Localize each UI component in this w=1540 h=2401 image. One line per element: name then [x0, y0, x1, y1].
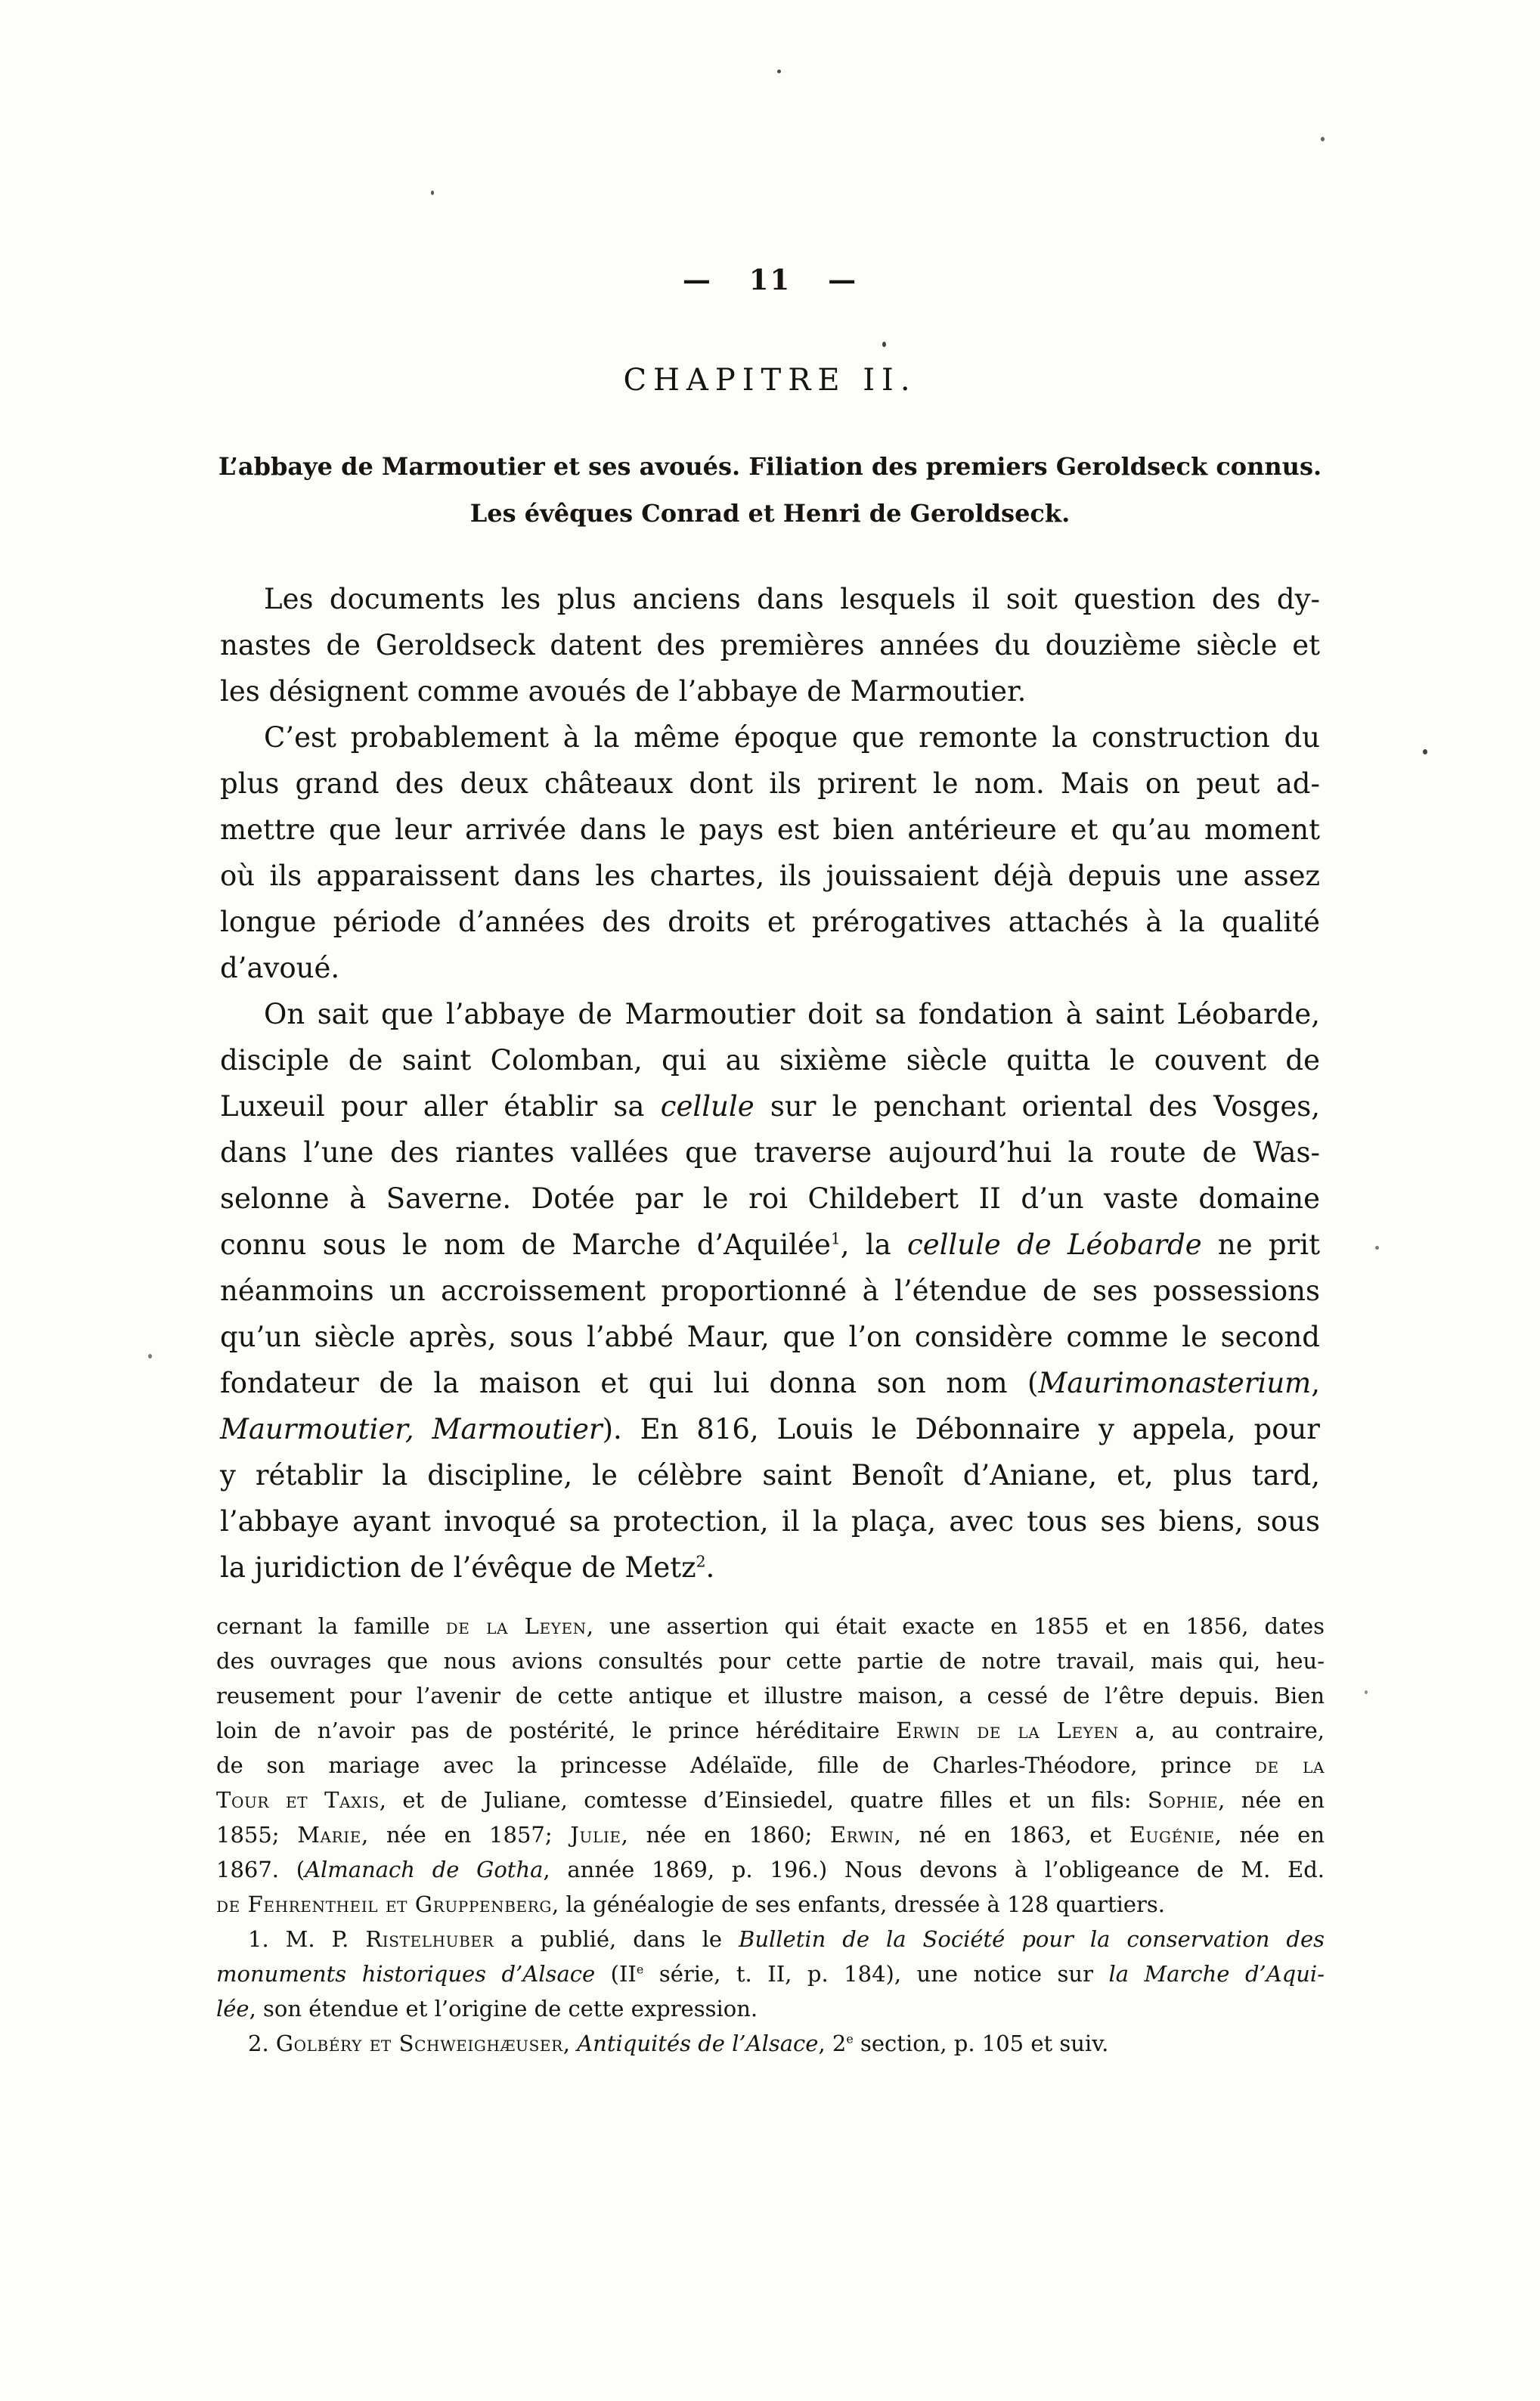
- text-line: où ils apparaissent dans les chartes, il…: [220, 853, 1320, 899]
- small-caps-name: Ristelhuber: [365, 1926, 494, 1952]
- footnote-ref: e: [846, 2031, 853, 2046]
- text-line: de Fehrentheil et Gruppenberg, la généal…: [216, 1887, 1325, 1922]
- footnote-ref: 2: [696, 1553, 706, 1571]
- scan-speck: [777, 70, 781, 73]
- text-line: néanmoins un accroissement proportionné …: [220, 1268, 1320, 1314]
- text-line: 1855; Marie, née en 1857; Julie, née en …: [216, 1817, 1325, 1852]
- text-line: de son mariage avec la princesse Adélaïd…: [216, 1748, 1325, 1783]
- text-line: dans l’une des riantes vallées que trave…: [220, 1129, 1320, 1176]
- small-caps-name: de Fehrentheil et Gruppenberg: [216, 1891, 552, 1917]
- footnotes: cernant la famille de la Leyen, une asse…: [216, 1609, 1325, 2061]
- small-caps-name: Eugénie: [1129, 1822, 1215, 1848]
- text-line: 1. M. P. Ristelhuber a publié, dans le B…: [216, 1922, 1325, 1956]
- text-line: l’abbaye ayant invoqué sa protection, il…: [220, 1498, 1320, 1544]
- small-caps-name: Erwin de la Leyen: [896, 1718, 1119, 1743]
- chapter-subtitle-line: L’abbaye de Marmoutier et ses avoués. Fi…: [0, 443, 1540, 490]
- text-line: On sait que l’abbaye de Marmoutier doit …: [220, 991, 1320, 1037]
- footnote: 2. Golbéry et Schweighæuser, Antiquités …: [216, 2026, 1325, 2061]
- text-line: Tour et Taxis, et de Juliane, comtesse d…: [216, 1783, 1325, 1817]
- small-caps-name: Erwin: [830, 1822, 894, 1848]
- text-line: connu sous le nom de Marche d’Aquilée1, …: [220, 1222, 1320, 1268]
- body-paragraph: C’est probablement à la même époque que …: [220, 714, 1320, 991]
- scan-speck: [1321, 137, 1325, 141]
- text-line: 2. Golbéry et Schweighæuser, Antiquités …: [216, 2026, 1325, 2061]
- text-line: reusement pour l’avenir de cette antique…: [216, 1678, 1325, 1713]
- text-line: plus grand des deux châteaux dont ils pr…: [220, 761, 1320, 807]
- text-line: loin de n’avoir pas de postérité, le pri…: [216, 1713, 1325, 1748]
- chapter-subtitle: L’abbaye de Marmoutier et ses avoués. Fi…: [0, 443, 1540, 537]
- small-caps-name: Julie: [570, 1822, 621, 1848]
- small-caps-name: de la: [1255, 1752, 1325, 1778]
- small-caps-name: Sophie: [1148, 1787, 1218, 1813]
- small-caps-name: de la Leyen: [446, 1613, 587, 1639]
- chapter-title: CHAPITRE II.: [0, 363, 1540, 398]
- text-line: Luxeuil pour aller établir sa cellule su…: [220, 1083, 1320, 1129]
- text-line: lée, son étendue et l’origine de cette e…: [216, 1991, 1325, 2026]
- body-text: Les documents les plus anciens dans lesq…: [220, 576, 1320, 1591]
- text-line: Les documents les plus anciens dans lesq…: [220, 576, 1320, 622]
- text-line: y rétablir la discipline, le célèbre sai…: [220, 1452, 1320, 1498]
- body-paragraph: On sait que l’abbaye de Marmoutier doit …: [220, 991, 1320, 1591]
- text-line: disciple de saint Colomban, qui au sixiè…: [220, 1037, 1320, 1083]
- text-line: les désignent comme avoués de l’abbaye d…: [220, 668, 1320, 714]
- text-line: selonne à Saverne. Dotée par le roi Chil…: [220, 1176, 1320, 1222]
- text-line: fondateur de la maison et qui lui donna …: [220, 1360, 1320, 1406]
- text-line: monuments historiques d’Alsace (IIe séri…: [216, 1956, 1325, 1991]
- text-line: d’avoué.: [220, 945, 1320, 991]
- scan-speck: [1365, 1690, 1368, 1694]
- text-line: Maurmoutier, Marmoutier). En 816, Louis …: [220, 1406, 1320, 1452]
- small-caps-name: Marie: [297, 1822, 361, 1848]
- chapter-subtitle-line: Les évêques Conrad et Henri de Geroldsec…: [0, 490, 1540, 537]
- text-line: des ouvrages que nous avions consultés p…: [216, 1644, 1325, 1678]
- footnote: cernant la famille de la Leyen, une asse…: [216, 1609, 1325, 1922]
- text-line: la juridiction de l’évêque de Metz2.: [220, 1544, 1320, 1591]
- page-number: — 11 —: [0, 0, 1540, 296]
- body-paragraph: Les documents les plus anciens dans lesq…: [220, 576, 1320, 714]
- scan-speck: [1375, 1246, 1379, 1250]
- footnote-ref: e: [637, 1962, 643, 1976]
- scan-speck: [882, 342, 886, 347]
- scan-speck: [431, 191, 434, 195]
- footnote-ref: 1: [831, 1230, 841, 1248]
- text-line: longue période d’années des droits et pr…: [220, 899, 1320, 945]
- text-line: mettre que leur arrivée dans le pays est…: [220, 807, 1320, 853]
- book-page: — 11 — CHAPITRE II. L’abbaye de Marmouti…: [0, 0, 1540, 2401]
- text-line: 1867. (Almanach de Gotha, année 1869, p.…: [216, 1852, 1325, 1887]
- small-caps-name: Golbéry et Schweighæuser: [276, 2031, 563, 2056]
- small-caps-name: Tour et Taxis: [216, 1787, 380, 1813]
- text-line: nastes de Geroldseck datent des première…: [220, 622, 1320, 668]
- footnote: 1. M. P. Ristelhuber a publié, dans le B…: [216, 1922, 1325, 2026]
- scan-speck: [148, 1354, 152, 1359]
- scan-speck: [1423, 749, 1427, 754]
- text-line: cernant la famille de la Leyen, une asse…: [216, 1609, 1325, 1644]
- text-line: qu’un siècle après, sous l’abbé Maur, qu…: [220, 1314, 1320, 1360]
- text-line: C’est probablement à la même époque que …: [220, 714, 1320, 761]
